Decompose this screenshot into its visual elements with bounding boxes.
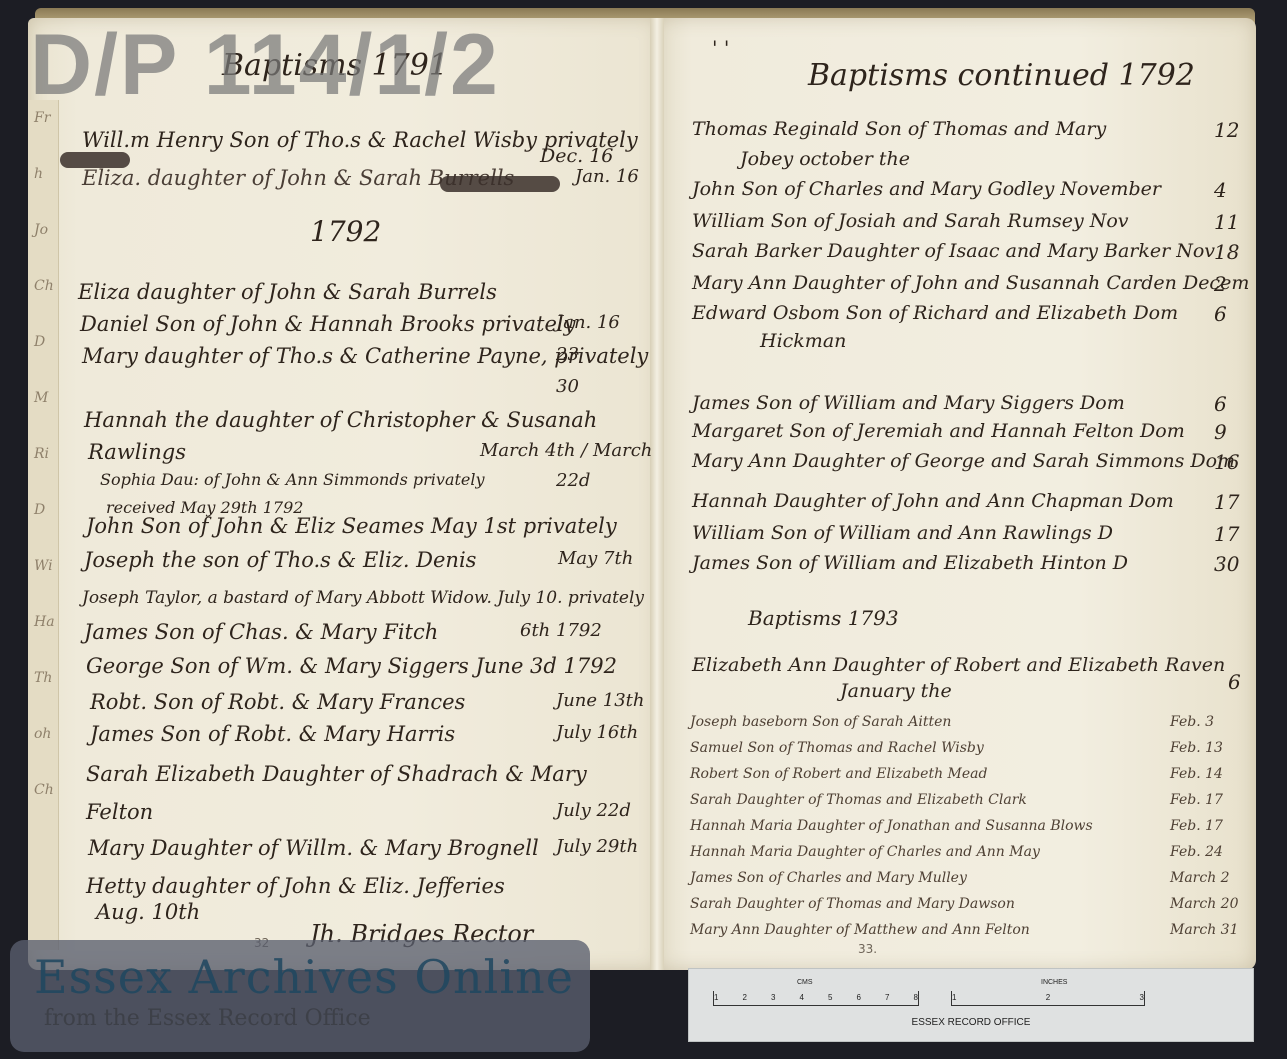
page-marks: ' ' <box>712 36 729 60</box>
baptism-entry-1792-continued-date: 30 <box>1214 552 1239 576</box>
margin-fragment: Wi <box>34 558 58 574</box>
archive-logo-subtitle: from the Essex Record Office <box>44 1006 371 1031</box>
baptism-entry-1792-continued-date: 17 <box>1214 522 1239 546</box>
ruler-cm-tick: 4 <box>800 993 804 1007</box>
baptism-entry-1792-continued: Hickman <box>760 330 846 352</box>
baptism-entry-1792-continued: Sarah Barker Daughter of Isaac and Mary … <box>692 240 1215 262</box>
baptism-entry-1792: Hannah the daughter of Christopher & Sus… <box>84 408 597 432</box>
baptism-entry-1792: Rawlings <box>88 440 186 464</box>
baptism-entry-1792-continued-date: 9 <box>1214 420 1227 444</box>
baptism-entry-1793-date: March 31 <box>1170 922 1239 938</box>
margin-fragment: oh <box>34 726 58 742</box>
baptism-entry-1792-date: 6th 1792 <box>520 620 602 641</box>
baptism-entry-1792: Sophia Dau: of John & Ann Simmonds priva… <box>100 470 485 489</box>
baptism-entry-1792-continued: Thomas Reginald Son of Thomas and Mary <box>692 118 1106 140</box>
baptism-entry-1792-continued-date: 17 <box>1214 490 1239 514</box>
ruler-inch-tick: 3 <box>1140 993 1144 1007</box>
baptism-entry-1792-date: July 22d <box>556 800 631 821</box>
baptism-entry-1792-continued-date: 6 <box>1214 392 1227 416</box>
baptism-entry-1793-date: March 20 <box>1170 896 1239 912</box>
baptism-entry-1792-continued: John Son of Charles and Mary Godley Nove… <box>692 178 1161 200</box>
baptism-entry-1792-date: Jan. 16 <box>556 312 620 333</box>
baptism-entry-1792: Felton <box>86 800 153 824</box>
baptism-entry-1792: James Son of Chas. & Mary Fitch <box>84 620 438 644</box>
ruler-inches-label: INCHES <box>1041 979 1067 986</box>
subheading-1793: Baptisms 1793 <box>748 606 899 630</box>
baptism-entry-1793-date: Feb. 17 <box>1170 792 1223 808</box>
ruler-cm-tick: 5 <box>828 993 832 1007</box>
margin-fragment: h <box>34 166 58 182</box>
baptism-entry-1792-date: March 4th / March <box>480 440 652 461</box>
baptism-entry-1792-continued: William Son of Josiah and Sarah Rumsey N… <box>692 210 1129 232</box>
baptism-entry-1793-date: Feb. 24 <box>1170 844 1223 860</box>
margin-fragment: Ha <box>34 614 58 630</box>
baptism-entry-1792-date: July 16th <box>556 722 638 743</box>
margin-fragment: Ch <box>34 278 58 294</box>
baptism-entry-1793: Samuel Son of Thomas and Rachel Wisby <box>690 740 984 756</box>
baptism-entry-1792: Daniel Son of John & Hannah Brooks priva… <box>80 312 575 336</box>
margin-fragment: Th <box>34 670 58 686</box>
document-reference-watermark: D/P 114/1/2 <box>30 22 500 108</box>
baptism-entry-1793: Joseph baseborn Son of Sarah Aitten <box>690 714 951 730</box>
baptism-entry-1792-continued: James Son of William and Mary Siggers Do… <box>692 392 1125 414</box>
baptism-entry-1792: Joseph the son of Tho.s & Eliz. Denis <box>84 548 476 572</box>
baptism-entry-1793: Mary Ann Daughter of Matthew and Ann Fel… <box>690 922 1030 938</box>
margin-fragment: D <box>34 502 58 518</box>
ruler-label: ESSEX RECORD OFFICE <box>689 1017 1253 1028</box>
baptism-entry-1792-continued: Mary Ann Daughter of George and Sarah Si… <box>692 450 1235 472</box>
baptism-entry-1792: James Son of Robt. & Mary Harris <box>90 722 455 746</box>
register-scan: FrhJoChDMRiDWiHaThohCh Baptisms 1791 Wil… <box>0 0 1287 1059</box>
baptism-entry-1792-continued-date: 12 <box>1214 118 1239 142</box>
baptism-entry-1792-continued: William Son of William and Ann Rawlings … <box>692 522 1113 544</box>
baptism-entry-1792: Hetty daughter of John & Eliz. Jefferies <box>86 874 505 898</box>
year-heading-1792: 1792 <box>310 215 381 248</box>
ruler-cm-tick: 3 <box>771 993 775 1007</box>
baptism-entry-1793-date: Feb. 14 <box>1170 766 1223 782</box>
margin-fragment: M <box>34 390 58 406</box>
entry-1793-first-continuation: January the <box>840 680 952 702</box>
ruler-cms-label: CMS <box>797 979 813 986</box>
baptism-entry-1792: John Son of John & Eliz Seames May 1st p… <box>86 514 617 538</box>
book-gutter <box>650 18 664 970</box>
baptism-entry-1793-date: Feb. 3 <box>1170 714 1214 730</box>
right-page-heading: Baptisms continued 1792 <box>808 58 1195 93</box>
baptism-entry-1792: Robt. Son of Robt. & Mary Frances <box>90 690 465 714</box>
archive-logo-title: Essex Archives Online <box>34 950 574 1004</box>
baptism-entry-1792-continued-date: 16 <box>1214 450 1239 474</box>
ruler-cms-scale: 12345678 <box>713 991 919 1006</box>
baptism-entry-1793-date: Feb. 13 <box>1170 740 1223 756</box>
margin-strip: FrhJoChDMRiDWiHaThohCh <box>28 100 59 950</box>
baptism-entry-1793: Hannah Maria Daughter of Charles and Ann… <box>690 844 1040 860</box>
entry-1793-first: Elizabeth Ann Daughter of Robert and Eli… <box>692 654 1225 676</box>
baptism-entry-1792: Joseph Taylor, a bastard of Mary Abbott … <box>82 588 644 608</box>
baptism-entry-1793: Hannah Maria Daughter of Jonathan and Su… <box>690 818 1093 834</box>
baptism-entry-1792-date: May 7th <box>558 548 633 569</box>
ruler-cm-tick: 7 <box>885 993 889 1007</box>
baptism-entry-1793-date: March 2 <box>1170 870 1230 886</box>
baptism-entry-1792-date: 22d <box>556 470 590 491</box>
baptism-entry-1793: Robert Son of Robert and Elizabeth Mead <box>690 766 987 782</box>
baptism-entry-1792-continued-date: 2 <box>1214 272 1227 296</box>
margin-fragment: Jo <box>34 222 58 238</box>
baptism-entry-1792-date: June 13th <box>556 690 645 711</box>
folio-right: 33. <box>858 942 877 956</box>
entry-1791-1-date: Jan. 16 <box>575 166 639 187</box>
baptism-entry-1792-date: July 29th <box>556 836 638 857</box>
baptism-entry-1792: Mary Daughter of Willm. & Mary Brognell <box>88 836 539 860</box>
scale-ruler: CMS 12345678 INCHES 123 ESSEX RECORD OFF… <box>688 968 1254 1042</box>
baptism-entry-1793-date: Feb. 17 <box>1170 818 1223 834</box>
baptism-entry-1792-continued-date: 18 <box>1214 240 1239 264</box>
baptism-entry-1792: Sarah Elizabeth Daughter of Shadrach & M… <box>86 762 587 786</box>
baptism-entry-1793: James Son of Charles and Mary Mulley <box>690 870 967 886</box>
baptism-entry-1792-continued-date: 6 <box>1214 302 1227 326</box>
margin-fragment: Ri <box>34 446 58 462</box>
ruler-cm-tick: 6 <box>857 993 861 1007</box>
baptism-entry-1793: Sarah Daughter of Thomas and Elizabeth C… <box>690 792 1027 808</box>
baptism-entry-1792-continued: James Son of William and Elizabeth Hinto… <box>692 552 1128 574</box>
baptism-entry-1793: Sarah Daughter of Thomas and Mary Dawson <box>690 896 1015 912</box>
ruler-cm-tick: 2 <box>743 993 747 1007</box>
margin-fragment: D <box>34 334 58 350</box>
baptism-entry-1792-continued: Mary Ann Daughter of John and Susannah C… <box>692 272 1249 294</box>
ruler-cm-tick: 8 <box>914 993 918 1007</box>
baptism-entry-1792: George Son of Wm. & Mary Siggers June 3d… <box>86 654 617 678</box>
baptism-entry-1792: Eliza daughter of John & Sarah Burrels <box>78 280 497 304</box>
entry-1791-0-date: Dec. 16 <box>540 145 613 167</box>
baptism-entry-1792-continued-date: 11 <box>1214 210 1239 234</box>
baptism-entry-1792-date: 30 <box>556 376 579 397</box>
entry-1793-first-date: 6 <box>1228 670 1241 694</box>
baptism-entry-1792-continued: Jobey october the <box>740 148 910 170</box>
baptism-entry-1792: Aug. 10th <box>96 900 200 924</box>
margin-fragment: Ch <box>34 782 58 798</box>
baptism-entry-1792-continued-date: 4 <box>1214 178 1227 202</box>
ruler-inch-tick: 2 <box>1046 993 1050 1007</box>
baptism-entry-1792-continued: Edward Osbom Son of Richard and Elizabet… <box>692 302 1178 324</box>
ruler-inches-scale: 123 <box>951 991 1145 1006</box>
ink-strike-end <box>440 176 560 192</box>
ruler-cm-tick: 1 <box>714 993 718 1007</box>
ruler-inch-tick: 1 <box>952 993 956 1007</box>
baptism-entry-1792-continued: Hannah Daughter of John and Ann Chapman … <box>692 490 1174 512</box>
baptism-entry-1792-date: 23 <box>556 344 579 365</box>
baptism-entry-1792-continued: Margaret Son of Jeremiah and Hannah Felt… <box>692 420 1185 442</box>
